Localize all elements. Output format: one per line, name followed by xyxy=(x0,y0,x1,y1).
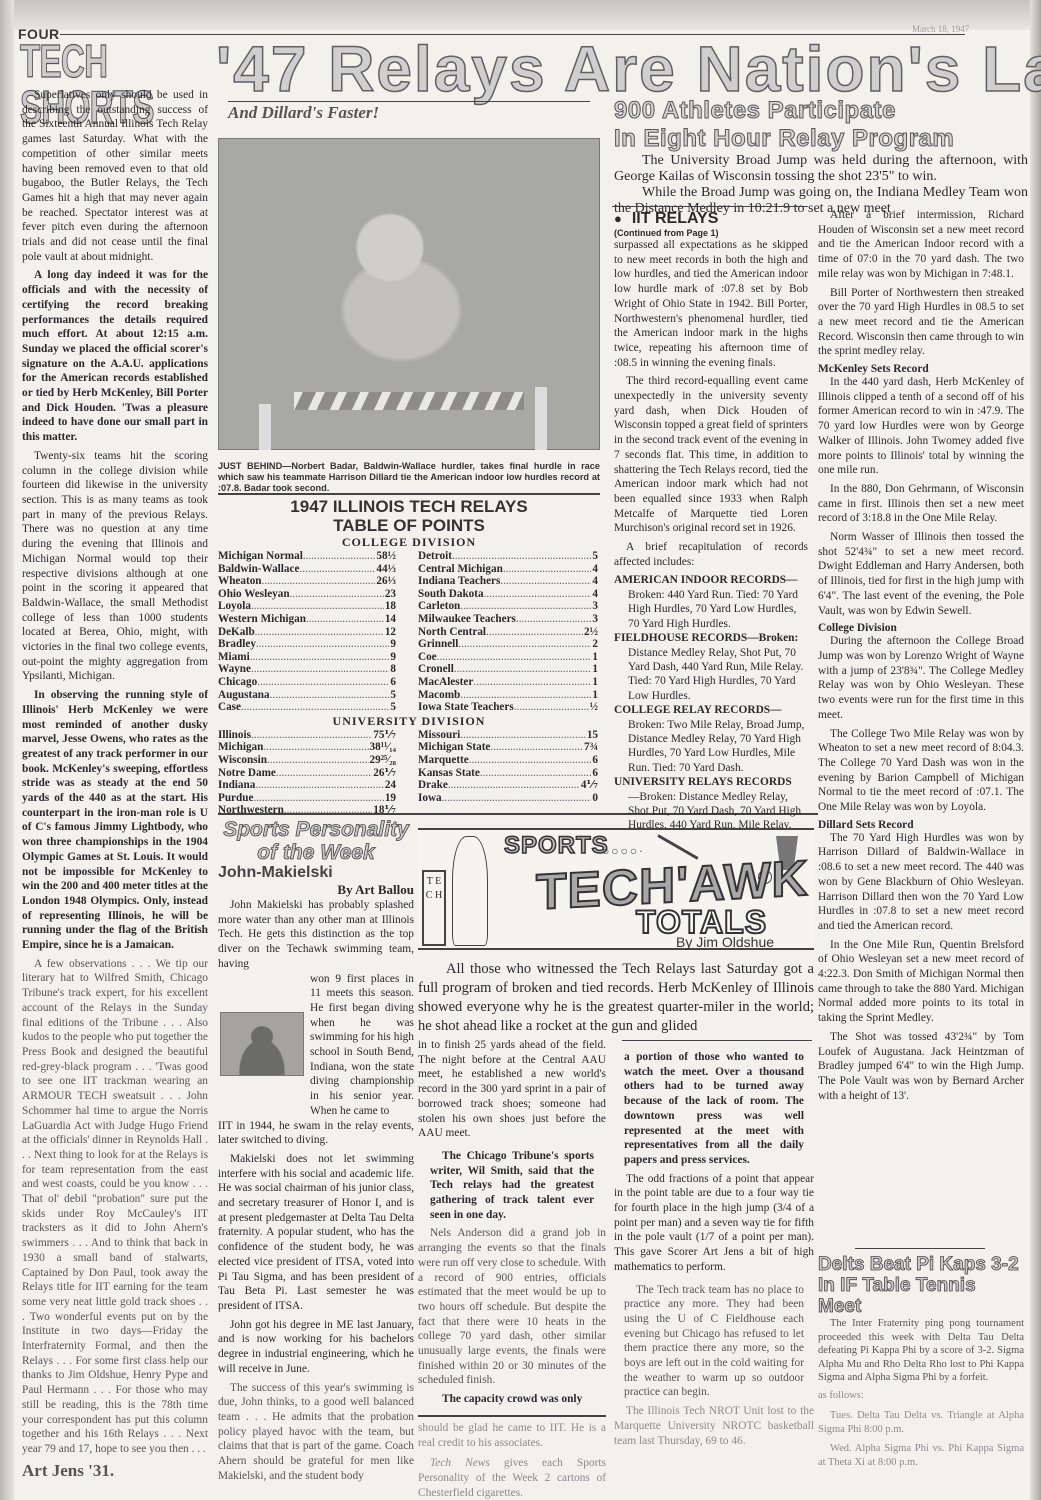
team-name: Iowa State Teachers xyxy=(418,701,514,714)
techawk-paragraph: in to finish 25 yards ahead of the field… xyxy=(418,1038,606,1141)
college-division-label: COLLEGE DIVISION xyxy=(218,535,600,550)
team-points: 5 xyxy=(389,701,396,714)
right-paragraph: The 70 Yard High Hurdles was won by Harr… xyxy=(818,831,1024,934)
leader-dots xyxy=(460,600,591,613)
team-name: Indiana Teachers xyxy=(418,575,500,588)
team-name: Carleton xyxy=(418,600,460,613)
record-body: Broken: 440 Yard Run. Tied: 70 Yard High… xyxy=(614,588,808,631)
table-row: Baldwin-Wallace44⅓ xyxy=(218,563,396,576)
leader-dots xyxy=(276,767,372,780)
table-row: Purdue19 xyxy=(218,792,396,805)
team-name: Chicago xyxy=(218,676,257,689)
table-row: Wayne8 xyxy=(218,663,396,676)
sports-personality: Sports Personality of the Week John-Maki… xyxy=(218,818,414,1487)
team-points: 6 xyxy=(591,754,598,767)
makielski-photo xyxy=(220,1012,304,1076)
tech-shorts-column: Superlatives only should be used in desc… xyxy=(22,88,208,1481)
athlete-figure-icon xyxy=(452,836,488,946)
team-name: Baldwin-Wallace xyxy=(218,563,299,576)
tech-shorts-paragraph: Twenty-six teams hit the scoring column … xyxy=(22,449,208,684)
team-points: 44⅓ xyxy=(375,563,396,576)
techawk-totals-header: T E C H SPORTS ○○○○· TECH'AWK TOTALS By … xyxy=(418,828,814,950)
techawk-paragraph: The Illinois Tech NROT Unit lost to the … xyxy=(614,1404,814,1448)
leader-dots xyxy=(251,729,372,742)
college-right-list: Detroit5 Central Michigan4 Indiana Teach… xyxy=(418,550,598,714)
leader-dots xyxy=(473,676,591,689)
table-row: Coe1 xyxy=(418,651,598,664)
team-name: Drake xyxy=(418,779,448,792)
table-row: Milwaukee Teachers3 xyxy=(418,613,598,626)
leader-dots xyxy=(503,563,592,576)
leader-dots xyxy=(437,651,592,664)
tech-shorts-paragraph: In observing the running style of Illino… xyxy=(22,688,208,953)
leader-dots xyxy=(514,701,589,714)
team-points: 8 xyxy=(389,663,396,676)
team-name: Cronell xyxy=(418,663,454,676)
university-right-list: Missouri15 Michigan State7¾ Marquette6 K… xyxy=(418,729,598,817)
leader-dots xyxy=(262,575,376,588)
iit-relays-paragraph: surpassed all expectations as he skipped… xyxy=(614,238,808,370)
tech-shorts-signature: Art Jens '31. xyxy=(22,1461,208,1481)
team-points: 5 xyxy=(591,550,598,563)
leader-dots xyxy=(290,588,384,601)
team-points: 7¾ xyxy=(583,741,598,754)
right-paragraph: The College Two Mile Relay was won by Wh… xyxy=(818,727,1024,815)
team-name: Miami xyxy=(218,651,250,664)
leader-dots xyxy=(257,676,389,689)
table-row: DeKalb12 xyxy=(218,626,396,639)
team-points: 18 xyxy=(384,600,396,613)
team-points: 26⅓ xyxy=(375,575,396,588)
team-name: Central Michigan xyxy=(418,563,503,576)
table-row: South Dakota4 xyxy=(418,588,598,601)
team-name: Purdue xyxy=(218,792,253,805)
table-row: Indiana24 xyxy=(218,779,396,792)
table-row: Macomb1 xyxy=(418,689,598,702)
leader-dots xyxy=(251,600,384,613)
team-points: 1 xyxy=(591,689,598,702)
team-name: Coe xyxy=(418,651,437,664)
team-name: Western Michigan xyxy=(218,613,306,626)
continued-note: (Continued from Page 1) xyxy=(614,228,808,238)
leader-dots xyxy=(460,689,591,702)
table-row: MacAlester1 xyxy=(418,676,598,689)
mugshot-slot xyxy=(218,972,304,1119)
team-name: Bradley xyxy=(218,638,256,651)
team-points: 29²⁵⁄₂₈ xyxy=(369,754,396,767)
techawk-lead: All those who witnessed the Tech Relays … xyxy=(418,960,814,1036)
team-name: Macomb xyxy=(418,689,460,702)
tech-news-name: Tech News xyxy=(430,1457,490,1469)
table-row: Missouri15 xyxy=(418,729,598,742)
leader-dots xyxy=(250,651,390,664)
team-points: 4 xyxy=(591,563,598,576)
team-name: Michigan xyxy=(218,741,263,754)
table-row: Cronell1 xyxy=(418,663,598,676)
table-row: Miami9 xyxy=(218,651,396,664)
kicker-rule xyxy=(228,101,590,102)
team-points: 26⅐ xyxy=(372,767,396,780)
continuation-rule xyxy=(418,1415,606,1417)
table-title-1: 1947 ILLINOIS TECH RELAYS xyxy=(218,497,600,516)
team-name: Indiana xyxy=(218,779,255,792)
techawk-col-1: in to finish 25 yards ahead of the field… xyxy=(418,1038,606,1500)
team-name: Ohio Wesleyan xyxy=(218,588,290,601)
iit-relays-column: ● IIT RELAYS (Continued from Page 1) sur… xyxy=(614,210,808,847)
right-paragraph: After a brief intermission, Richard Houd… xyxy=(818,208,1024,282)
team-points: 19 xyxy=(384,792,396,805)
team-name: Iowa xyxy=(418,792,442,805)
lead-deck-1: 900 Athletes Participate xyxy=(614,97,1034,125)
leader-dots xyxy=(270,689,390,702)
iit-relays-paragraph: The third record-equalling event came un… xyxy=(614,374,808,536)
table-row: North Central2½ xyxy=(418,626,598,639)
right-paragraph: During the afternoon the College Broad J… xyxy=(818,634,1024,722)
leader-dots xyxy=(490,741,583,754)
team-name: Michigan Normal xyxy=(218,550,303,563)
delts-headline-2: In IF Table Tennis Meet xyxy=(818,1275,1024,1317)
leader-dots xyxy=(484,588,592,601)
record-body: Broken: Two Mile Relay, Broad Jump, Dist… xyxy=(614,718,808,776)
team-points: 6 xyxy=(591,767,598,780)
table-row: Detroit5 xyxy=(418,550,598,563)
table-row: Drake4⅐ xyxy=(418,779,598,792)
team-points: 2½ xyxy=(583,626,598,639)
leader-dots xyxy=(442,792,592,805)
sports-word: SPORTS xyxy=(504,832,609,860)
team-points: ½ xyxy=(589,701,598,714)
leader-dots xyxy=(267,754,369,767)
team-name: Notre Dame xyxy=(218,767,276,780)
subhead-mckenley: McKenley Sets Record xyxy=(818,363,1024,375)
sp-after-wrap: IIT in 1944, he swam in the relay events… xyxy=(218,1119,414,1148)
team-name: Case xyxy=(218,701,241,714)
table-row: Iowa0 xyxy=(418,792,598,805)
techawk-bold-paragraph: The Chicago Tribune's sports writer, Wil… xyxy=(418,1145,606,1223)
team-points: 4 xyxy=(591,588,598,601)
table-title-2: TABLE OF POINTS xyxy=(218,516,600,535)
table-row: Augustana5 xyxy=(218,689,396,702)
paper-right-edge xyxy=(1030,0,1041,1500)
table-row: Central Michigan4 xyxy=(418,563,598,576)
university-division-label: UNIVERSITY DIVISION xyxy=(218,714,600,729)
team-name: Wheaton xyxy=(218,575,262,588)
table-row: Michigan Normal58½ xyxy=(218,550,396,563)
table-row: Grinnell2 xyxy=(418,638,598,651)
leader-dots xyxy=(454,663,592,676)
team-points: 1 xyxy=(591,651,598,664)
team-name: North Central xyxy=(418,626,486,639)
record-body: Distance Medley Relay, Shot Put, 70 Yard… xyxy=(614,646,808,704)
leader-dots xyxy=(480,767,592,780)
leader-dots xyxy=(251,663,389,676)
college-left-list: Michigan Normal58½ Baldwin-Wallace44⅓ Wh… xyxy=(218,550,396,714)
sp-title-1: Sports Personality xyxy=(218,818,414,841)
leader-dots xyxy=(299,563,375,576)
team-name: Missouri xyxy=(418,729,460,742)
techawk-col-2: a portion of those who wanted to watch t… xyxy=(614,1050,814,1452)
team-points: 23 xyxy=(384,588,396,601)
team-points: 5 xyxy=(389,689,396,702)
sp-paragraph: The success of this year's swimming is d… xyxy=(218,1381,414,1484)
leader-dots xyxy=(306,613,384,626)
hurdler-photo xyxy=(218,138,600,450)
techawk-byline: By Jim Oldshue xyxy=(676,934,774,950)
delts-story: Delts Beat Pi Kaps 3-2 In IF Table Tenni… xyxy=(818,1254,1024,1473)
record-head: AMERICAN INDOOR RECORDS— xyxy=(614,573,808,587)
table-row: Chicago6 xyxy=(218,676,396,689)
record-head: FIELDHOUSE RECORDS—Broken: xyxy=(614,631,808,645)
leader-dots xyxy=(303,550,376,563)
team-points: 9 xyxy=(389,651,396,664)
right-paragraph: The Shot was tossed 43'2¾" by Tom Loufek… xyxy=(818,1030,1024,1104)
techawk-paragraph: The odd fractions of a point that appear… xyxy=(614,1172,814,1275)
team-points: 3 xyxy=(591,613,598,626)
techawk-paragraph: The Tech track team has no place to prac… xyxy=(614,1279,814,1401)
team-name: Kansas State xyxy=(418,767,480,780)
record-head: UNIVERSITY RELAYS RECORDS xyxy=(614,775,808,789)
leader-dots xyxy=(458,638,591,651)
team-name: Loyola xyxy=(218,600,251,613)
table-row: Notre Dame26⅐ xyxy=(218,767,396,780)
sp-byline: By Art Ballou xyxy=(218,882,414,898)
tech-vertical-label: T E C H xyxy=(422,870,446,946)
table-row: Marquette6 xyxy=(418,754,598,767)
col2-top-rule xyxy=(622,1040,812,1041)
sp-paragraph: John got his degree in ME last January, … xyxy=(218,1318,414,1377)
leader-dots xyxy=(452,550,591,563)
team-points: 4⅐ xyxy=(580,779,598,792)
delts-schedule-item: Wed. Alpha Sigma Phi vs. Phi Kappa Sigma… xyxy=(818,1442,1024,1469)
table-row: Western Michigan14 xyxy=(218,613,396,626)
photo-caption: JUST BEHIND—Norbert Badar, Baldwin-Walla… xyxy=(218,461,600,494)
leader-dots xyxy=(263,741,368,754)
hurdle-bar xyxy=(294,392,524,410)
university-left-list: Illinois75⅐ Michigan38¹¹⁄₁₄ Wisconsin29²… xyxy=(218,729,396,817)
team-points: 0 xyxy=(591,792,598,805)
sp-paragraph: Makielski does not let swimming interfer… xyxy=(218,1152,414,1314)
record-head: COLLEGE RELAY RECORDS— xyxy=(614,703,808,717)
team-name: Augustana xyxy=(218,689,270,702)
delts-schedule-item: Tues. Delta Tau Delta vs. Triangle at Al… xyxy=(818,1409,1024,1436)
techawk-bold-paragraph: a portion of those who wanted to watch t… xyxy=(614,1050,814,1168)
team-points: 2 xyxy=(591,638,598,651)
leader-dots xyxy=(500,575,591,588)
team-points: 58½ xyxy=(375,550,396,563)
subhead-college-division: College Division xyxy=(818,622,1024,634)
team-points: 1 xyxy=(591,676,598,689)
table-row: Bradley9 xyxy=(218,638,396,651)
leader-dots xyxy=(255,779,383,792)
leader-dots xyxy=(448,779,580,792)
team-name: DeKalb xyxy=(218,626,255,639)
techawk-paragraph: Nels Anderson did a grand job in arrangi… xyxy=(418,1226,606,1388)
leader-dots xyxy=(486,626,583,639)
leader-dots xyxy=(241,701,389,714)
sp-name: John-Makielski xyxy=(218,864,414,882)
table-row: Iowa State Teachers½ xyxy=(418,701,598,714)
tech-shorts-header: TECH SHORTS xyxy=(20,38,210,84)
table-row: Illinois75⅐ xyxy=(218,729,396,742)
lead-deck-2: In Eight Hour Relay Program xyxy=(614,125,1034,153)
delts-paragraph: The Inter Fraternity ping pong tournamen… xyxy=(818,1317,1024,1385)
sp-lead: John Makielski has probably splashed mor… xyxy=(218,898,414,972)
hurdle-leg xyxy=(259,404,271,450)
table-row: Loyola18 xyxy=(218,600,396,613)
techawk-lead-paragraph: All those who witnessed the Tech Relays … xyxy=(418,960,814,1036)
team-name: Michigan State xyxy=(418,741,490,754)
team-points: 4 xyxy=(591,575,598,588)
table-row: Michigan State7¾ xyxy=(418,741,598,754)
table-row: Kansas State6 xyxy=(418,767,598,780)
table-row: Michigan38¹¹⁄₁₄ xyxy=(218,741,396,754)
right-column: After a brief intermission, Richard Houd… xyxy=(818,208,1024,1107)
team-points: 75⅐ xyxy=(372,729,396,742)
table-row: Ohio Wesleyan23 xyxy=(218,588,396,601)
lead-rule xyxy=(612,206,808,207)
page-top-band xyxy=(0,0,1041,30)
tech-shorts-paragraph: Superlatives only should be used in desc… xyxy=(22,88,208,264)
iit-relays-title: IIT RELAYS xyxy=(632,210,719,228)
delts-as-follows: as follows: xyxy=(818,1389,1024,1404)
leader-dots xyxy=(253,792,383,805)
paper-left-edge xyxy=(0,0,14,1500)
dillard-kicker: And Dillard's Faster! xyxy=(228,103,379,123)
table-row: Indiana Teachers4 xyxy=(418,575,598,588)
team-points: 24 xyxy=(384,779,396,792)
team-points: 14 xyxy=(384,613,396,626)
subhead-dillard: Dillard Sets Record xyxy=(818,819,1024,831)
table-row: Carleton3 xyxy=(418,600,598,613)
tech-shorts-paragraph: A long day indeed it was for the officia… xyxy=(22,268,208,444)
team-points: 9 xyxy=(389,638,396,651)
banner-headline: '47 Relays Are Nation's Largest xyxy=(216,32,1041,106)
right-paragraph: Norm Wasser of Illinois then tossed the … xyxy=(818,530,1024,618)
leader-dots xyxy=(516,613,592,626)
table-row: Case5 xyxy=(218,701,396,714)
lead-intro-paragraph: The University Broad Jump was held durin… xyxy=(614,153,1028,185)
sp-footer: Tech News gives each Sports Personality … xyxy=(418,1456,606,1500)
team-name: Grinnell xyxy=(418,638,458,651)
team-name: Illinois xyxy=(218,729,251,742)
sp-title-2: of the Week xyxy=(218,841,414,864)
points-table: 1947 ILLINOIS TECH RELAYS TABLE OF POINT… xyxy=(218,497,600,817)
leader-dots xyxy=(256,638,389,651)
team-points: 3 xyxy=(591,600,598,613)
techawk-paragraph: The capacity crowd was only xyxy=(418,1392,606,1407)
team-name: South Dakota xyxy=(418,588,484,601)
right-paragraph: Bill Porter of Northwestern then streake… xyxy=(818,286,1024,360)
caption-rule xyxy=(218,493,600,495)
delts-headline-1: Delts Beat Pi Kaps 3-2 xyxy=(818,1254,1024,1275)
team-name: Milwaukee Teachers xyxy=(418,613,516,626)
bullet-icon: ● xyxy=(614,211,622,227)
team-name: Wisconsin xyxy=(218,754,267,767)
team-name: Marquette xyxy=(418,754,469,767)
table-row: Wheaton26⅓ xyxy=(218,575,396,588)
leader-dots xyxy=(469,754,592,767)
right-paragraph: In the 440 yard dash, Herb McKenley of I… xyxy=(818,375,1024,478)
iit-relays-paragraph: A brief recapitulation of records affect… xyxy=(614,540,808,569)
tech-shorts-paragraph: A few observations . . . We tip our lite… xyxy=(22,957,208,1457)
leader-dots xyxy=(460,729,586,742)
table-row: Wisconsin29²⁵⁄₂₈ xyxy=(218,754,396,767)
team-name: Detroit xyxy=(418,550,452,563)
leader-dots xyxy=(255,626,384,639)
team-name: MacAlester xyxy=(418,676,473,689)
team-points: 12 xyxy=(384,626,396,639)
team-points: 38¹¹⁄₁₄ xyxy=(369,741,396,754)
team-name: Wayne xyxy=(218,663,251,676)
sp-wrap-text: won 9 first places in 11 meets this seas… xyxy=(310,972,414,1119)
sp-continuation: should be glad he came to IIT. He is a r… xyxy=(418,1421,606,1450)
team-points: 6 xyxy=(389,676,396,689)
right-paragraph: In the One Mile Run, Quentin Brelsford o… xyxy=(818,938,1024,1026)
delts-rule xyxy=(855,1248,985,1249)
hurdle-leg xyxy=(535,387,547,450)
right-paragraph: In the 880, Don Gehrmann, of Wisconsin c… xyxy=(818,482,1024,526)
team-points: 15 xyxy=(586,729,598,742)
team-points: 1 xyxy=(591,663,598,676)
